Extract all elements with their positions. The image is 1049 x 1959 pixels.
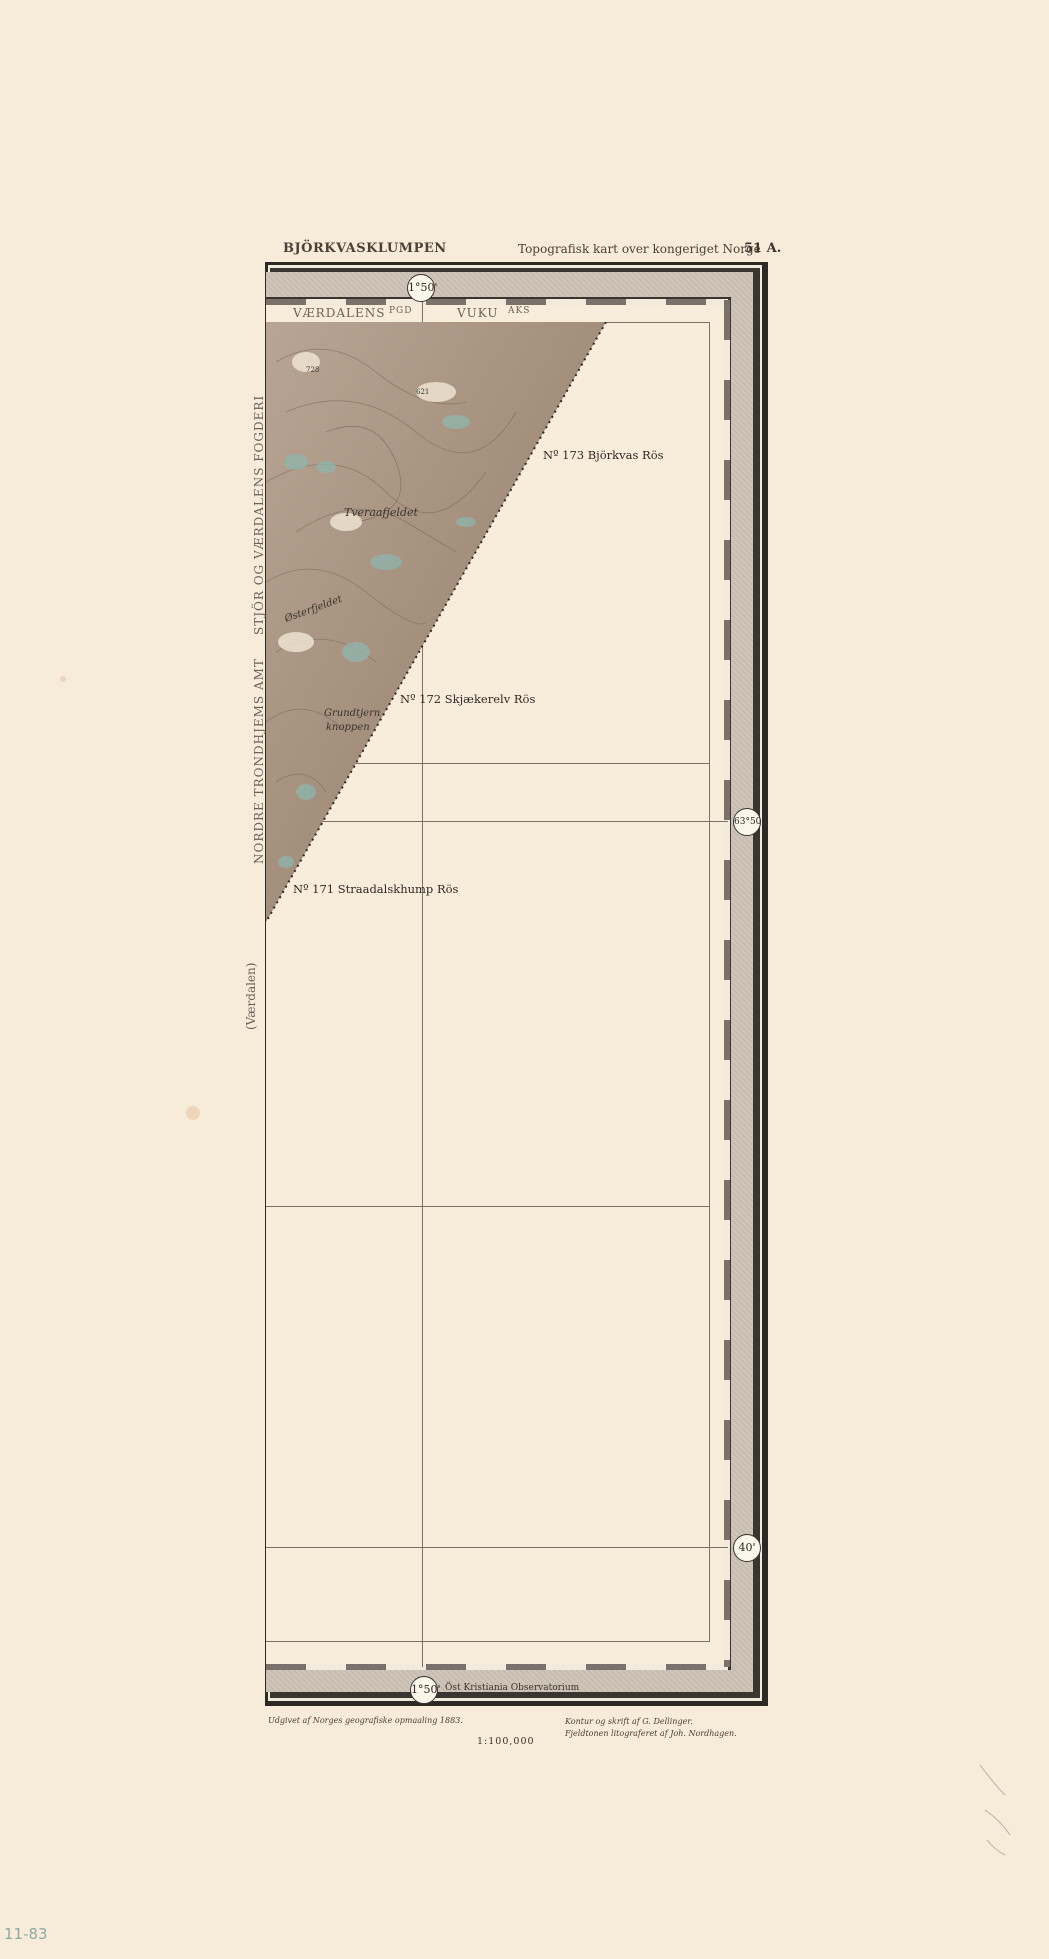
sheet-number: 51 A. bbox=[744, 241, 781, 256]
bottom-graduation bbox=[266, 1664, 728, 1670]
svg-text:Grundtjern: Grundtjern bbox=[324, 708, 380, 719]
grid-line-parallel bbox=[266, 1547, 728, 1548]
boundary-marker-173: Nº 173 Björkvas Rös bbox=[543, 448, 664, 462]
reference-meridian: Öst Kristiania Observatorium bbox=[445, 1683, 579, 1693]
terrain-label: Tveraafjeldet bbox=[344, 506, 418, 519]
boundary-marker-172: Nº 172 Skjækerelv Rös bbox=[400, 692, 535, 706]
county-label: NORDRE TRONDHJEMS AMT bbox=[252, 658, 266, 864]
credits-line: Kontur og skrift af G. Dellinger. bbox=[565, 1716, 737, 1728]
map-scale: 1:100,000 bbox=[477, 1736, 535, 1747]
paper-stain bbox=[186, 1106, 200, 1120]
region-label-suffix: PGD bbox=[389, 306, 412, 316]
pencil-signature-icon bbox=[975, 1760, 1015, 1860]
grid-line-bottom bbox=[266, 1641, 710, 1642]
boundary-marker-171: Nº 171 Straadalskhump Rös bbox=[293, 882, 458, 896]
publisher-note: Udgivet af Norges geografiske opmaaling … bbox=[268, 1716, 463, 1725]
grid-line bbox=[266, 1206, 710, 1207]
svg-text:728: 728 bbox=[306, 366, 319, 374]
right-graduation bbox=[724, 300, 730, 1667]
series-title: Topografisk kart over kongeriget Norge bbox=[518, 242, 761, 256]
svg-text:knoppen: knoppen bbox=[326, 722, 370, 733]
grid-line-vertical bbox=[709, 322, 710, 1642]
valley-label: (Værdalen) bbox=[244, 963, 258, 1030]
bailiwick-label: STJÖR OG VÆRDALENS FOGDERI bbox=[252, 395, 266, 635]
region-label-suffix: AKS bbox=[508, 306, 530, 316]
paper-stain bbox=[60, 676, 66, 682]
longitude-label-bottom: 1°50' bbox=[410, 1676, 438, 1704]
terrain-relief: Tveraafjeldet Østerfjeldet Grundtjern kn… bbox=[266, 322, 616, 922]
latitude-label: 63°50' bbox=[733, 808, 761, 836]
top-graduation bbox=[266, 299, 728, 305]
catalog-number: 11-83 bbox=[4, 1925, 48, 1943]
longitude-label-top: 1°50' bbox=[407, 274, 435, 302]
svg-text:621: 621 bbox=[416, 388, 429, 396]
credits-line: Fjeldtonen litograferet af Joh. Nordhage… bbox=[565, 1728, 737, 1740]
region-label-vuku: VUKU bbox=[457, 306, 498, 320]
region-label-vaerdalens: VÆRDALENS bbox=[293, 306, 385, 320]
credits: Kontur og skrift af G. Dellinger. Fjeldt… bbox=[565, 1716, 737, 1740]
latitude-label: 40' bbox=[733, 1534, 761, 1562]
sheet-title: BJÖRKVASKLUMPEN bbox=[283, 241, 447, 256]
